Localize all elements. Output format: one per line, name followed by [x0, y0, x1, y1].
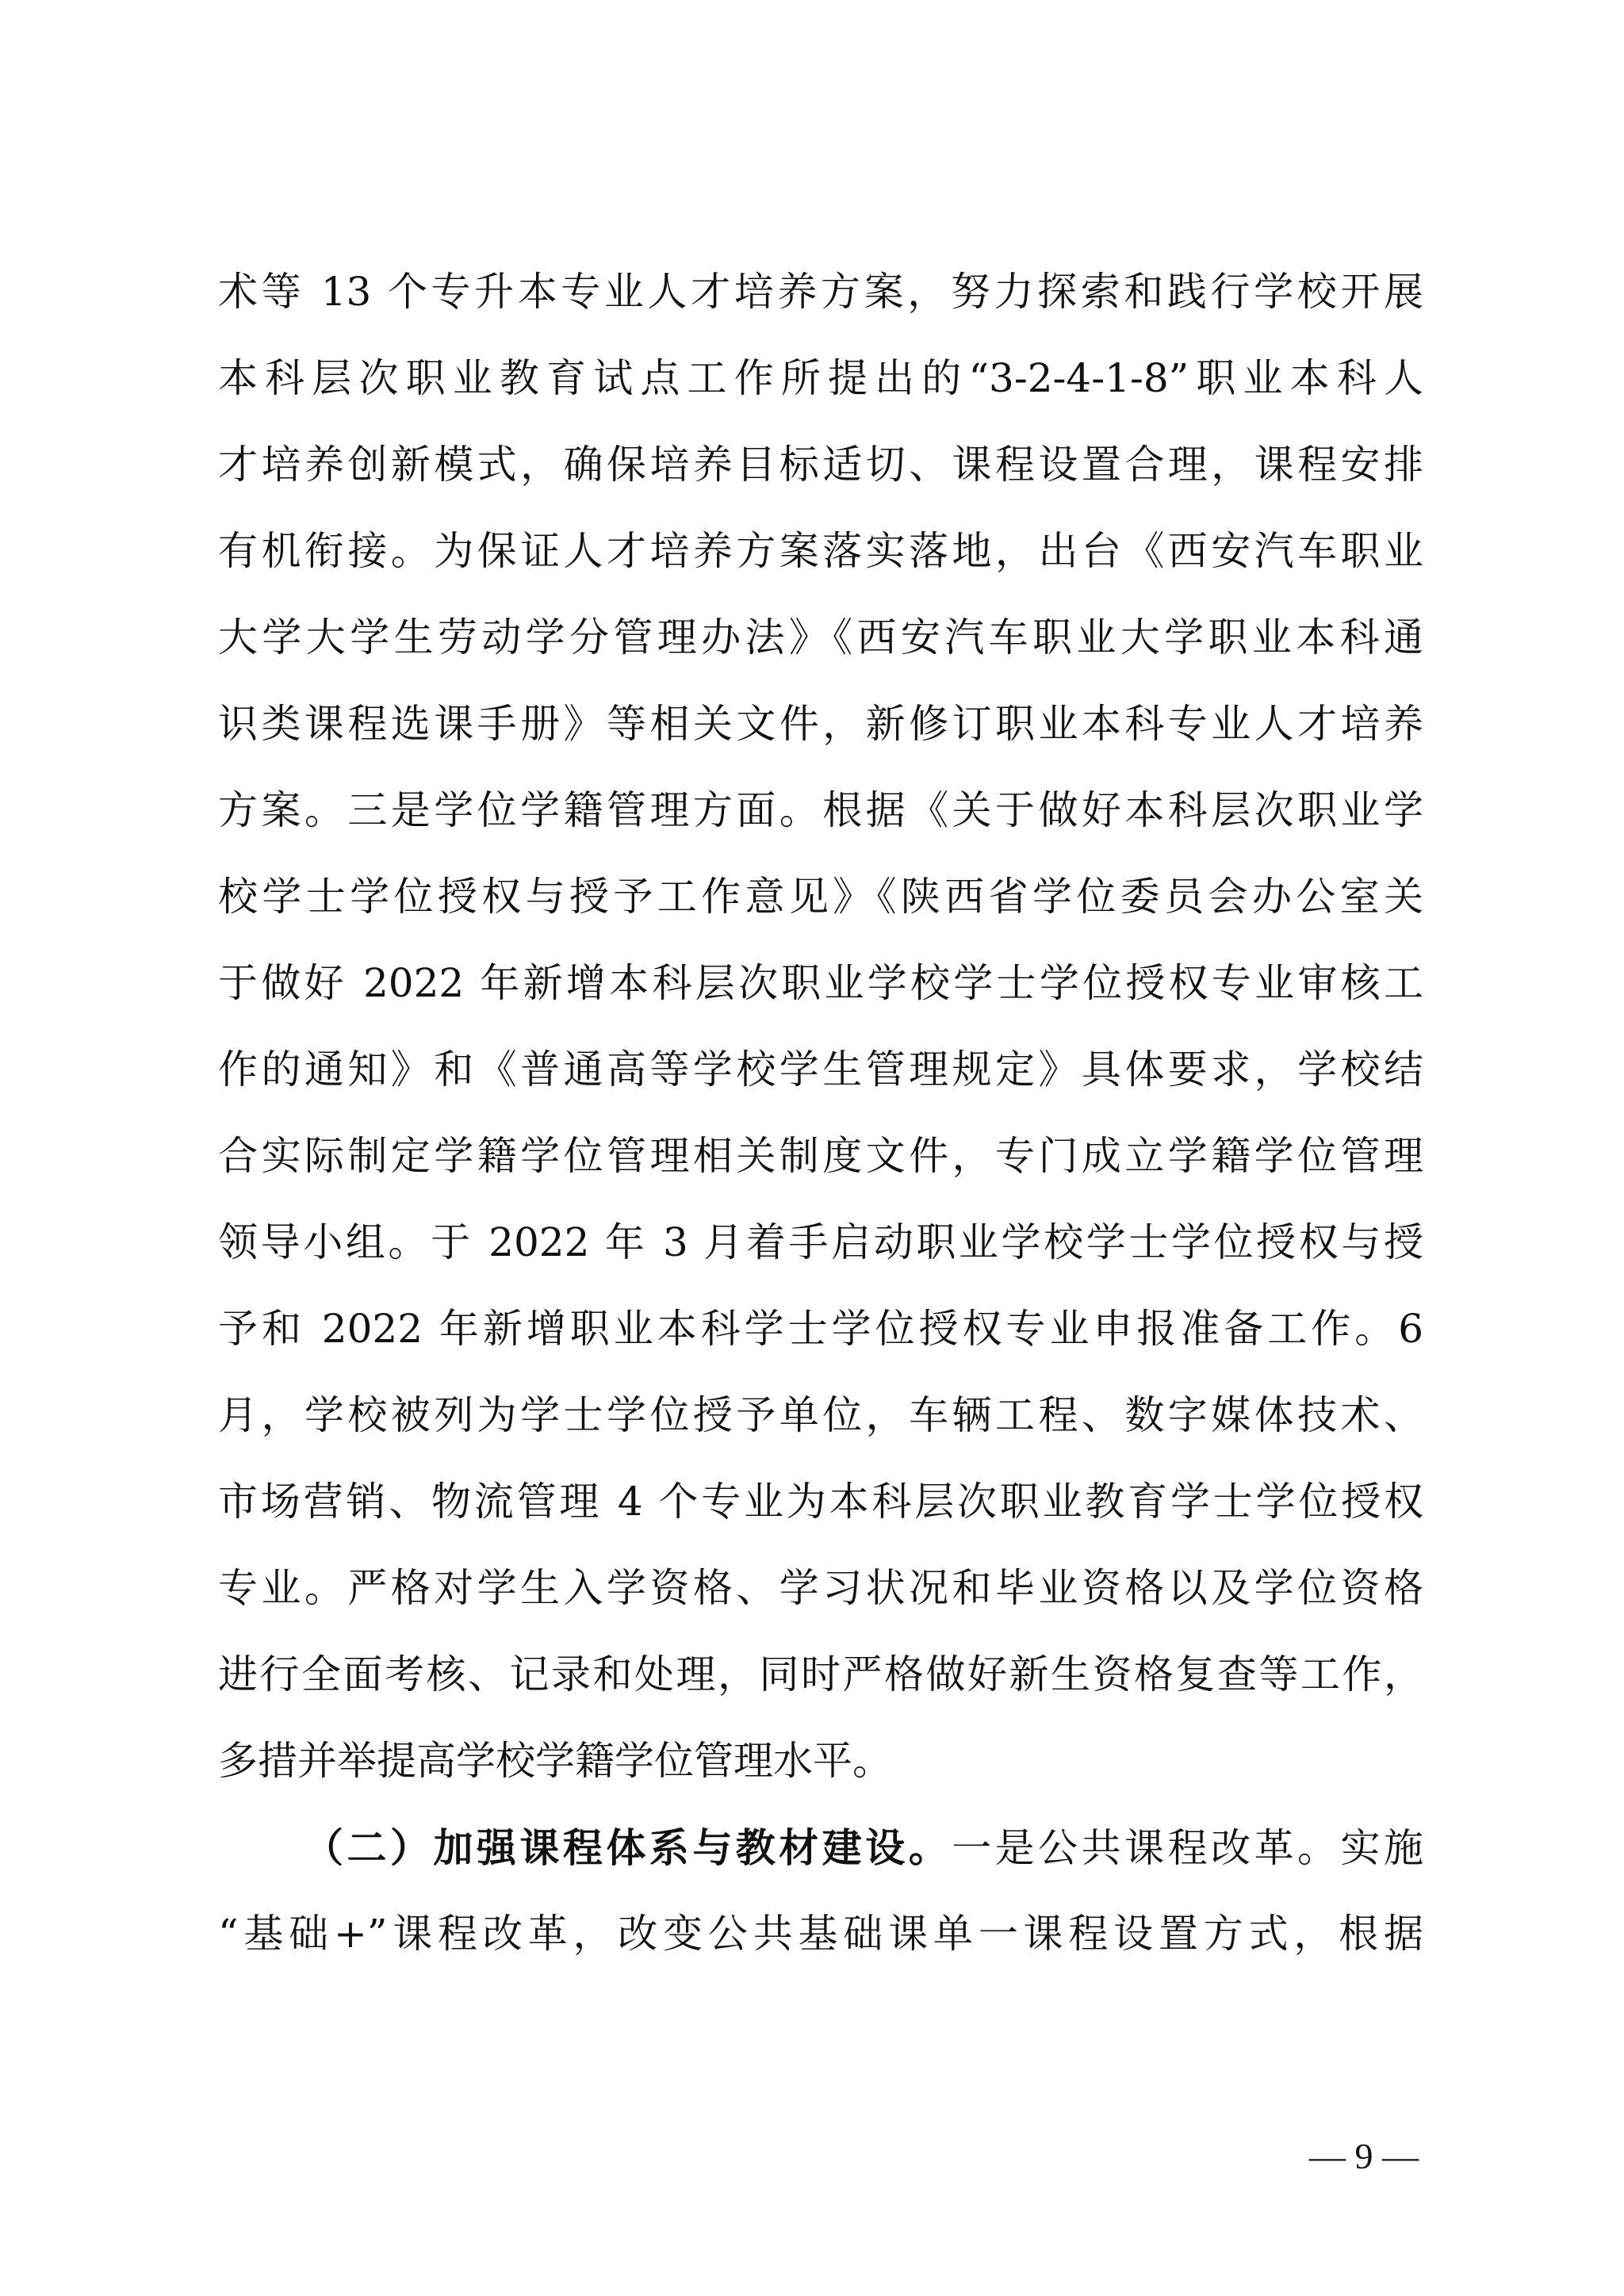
text-line: 术等 13 个专升本专业人才培养方案，努力探索和践行学校开展	[218, 249, 1423, 335]
text-span: 一是公共课程改革。实施	[952, 1825, 1423, 1871]
text-line: 予和 2022 年新增职业本科学士学位授权专业申报准备工作。6	[218, 1286, 1423, 1372]
text-line: 有机衔接。为保证人才培养方案落实落地，出台《西安汽车职业	[218, 508, 1423, 595]
text-line: 大学大学生劳动学分管理办法》《西安汽车职业大学职业本科通	[218, 595, 1423, 681]
text-line: 校学士学位授权与授予工作意见》《陕西省学位委员会办公室关	[218, 854, 1423, 940]
body-text: 术等 13 个专升本专业人才培养方案，努力探索和践行学校开展 本科层次职业教育试…	[218, 249, 1423, 1977]
document-page: 术等 13 个专升本专业人才培养方案，努力探索和践行学校开展 本科层次职业教育试…	[0, 0, 1624, 2296]
text-line: “基础+”课程改革，改变公共基础课单一课程设置方式，根据	[218, 1891, 1423, 1977]
text-line: 多措并举提高学校学籍学位管理水平。	[218, 1718, 1423, 1804]
text-line: 合实际制定学籍学位管理相关制度文件，专门成立学籍学位管理	[218, 1113, 1423, 1200]
text-line: 才培养创新模式，确保培养目标适切、课程设置合理，课程安排	[218, 422, 1423, 508]
text-line: 于做好 2022 年新增本科层次职业学校学士学位授权专业审核工	[218, 940, 1423, 1027]
text-line: 识类课程选课手册》等相关文件，新修订职业本科专业人才培养	[218, 681, 1423, 767]
text-line: 进行全面考核、记录和处理，同时严格做好新生资格复查等工作，	[218, 1632, 1423, 1718]
section-heading: （二）加强课程体系与教材建设。	[304, 1824, 952, 1871]
text-line: 月，学校被列为学士学位授予单位，车辆工程、数字媒体技术、	[218, 1372, 1423, 1459]
page-number: — 9 —	[1285, 2133, 1443, 2180]
text-line: 本科层次职业教育试点工作所提出的“3-2-4-1-8”职业本科人	[218, 335, 1423, 422]
text-line: 专业。严格对学生入学资格、学习状况和毕业资格以及学位资格	[218, 1545, 1423, 1632]
section-heading-line: （二）加强课程体系与教材建设。一是公共课程改革。实施	[218, 1804, 1423, 1891]
text-line: 市场营销、物流管理 4 个专业为本科层次职业教育学士学位授权	[218, 1459, 1423, 1545]
text-line: 方案。三是学位学籍管理方面。根据《关于做好本科层次职业学	[218, 767, 1423, 854]
text-line: 作的通知》和《普通高等学校学生管理规定》具体要求，学校结	[218, 1027, 1423, 1113]
text-line: 领导小组。于 2022 年 3 月着手启动职业学校学士学位授权与授	[218, 1200, 1423, 1286]
